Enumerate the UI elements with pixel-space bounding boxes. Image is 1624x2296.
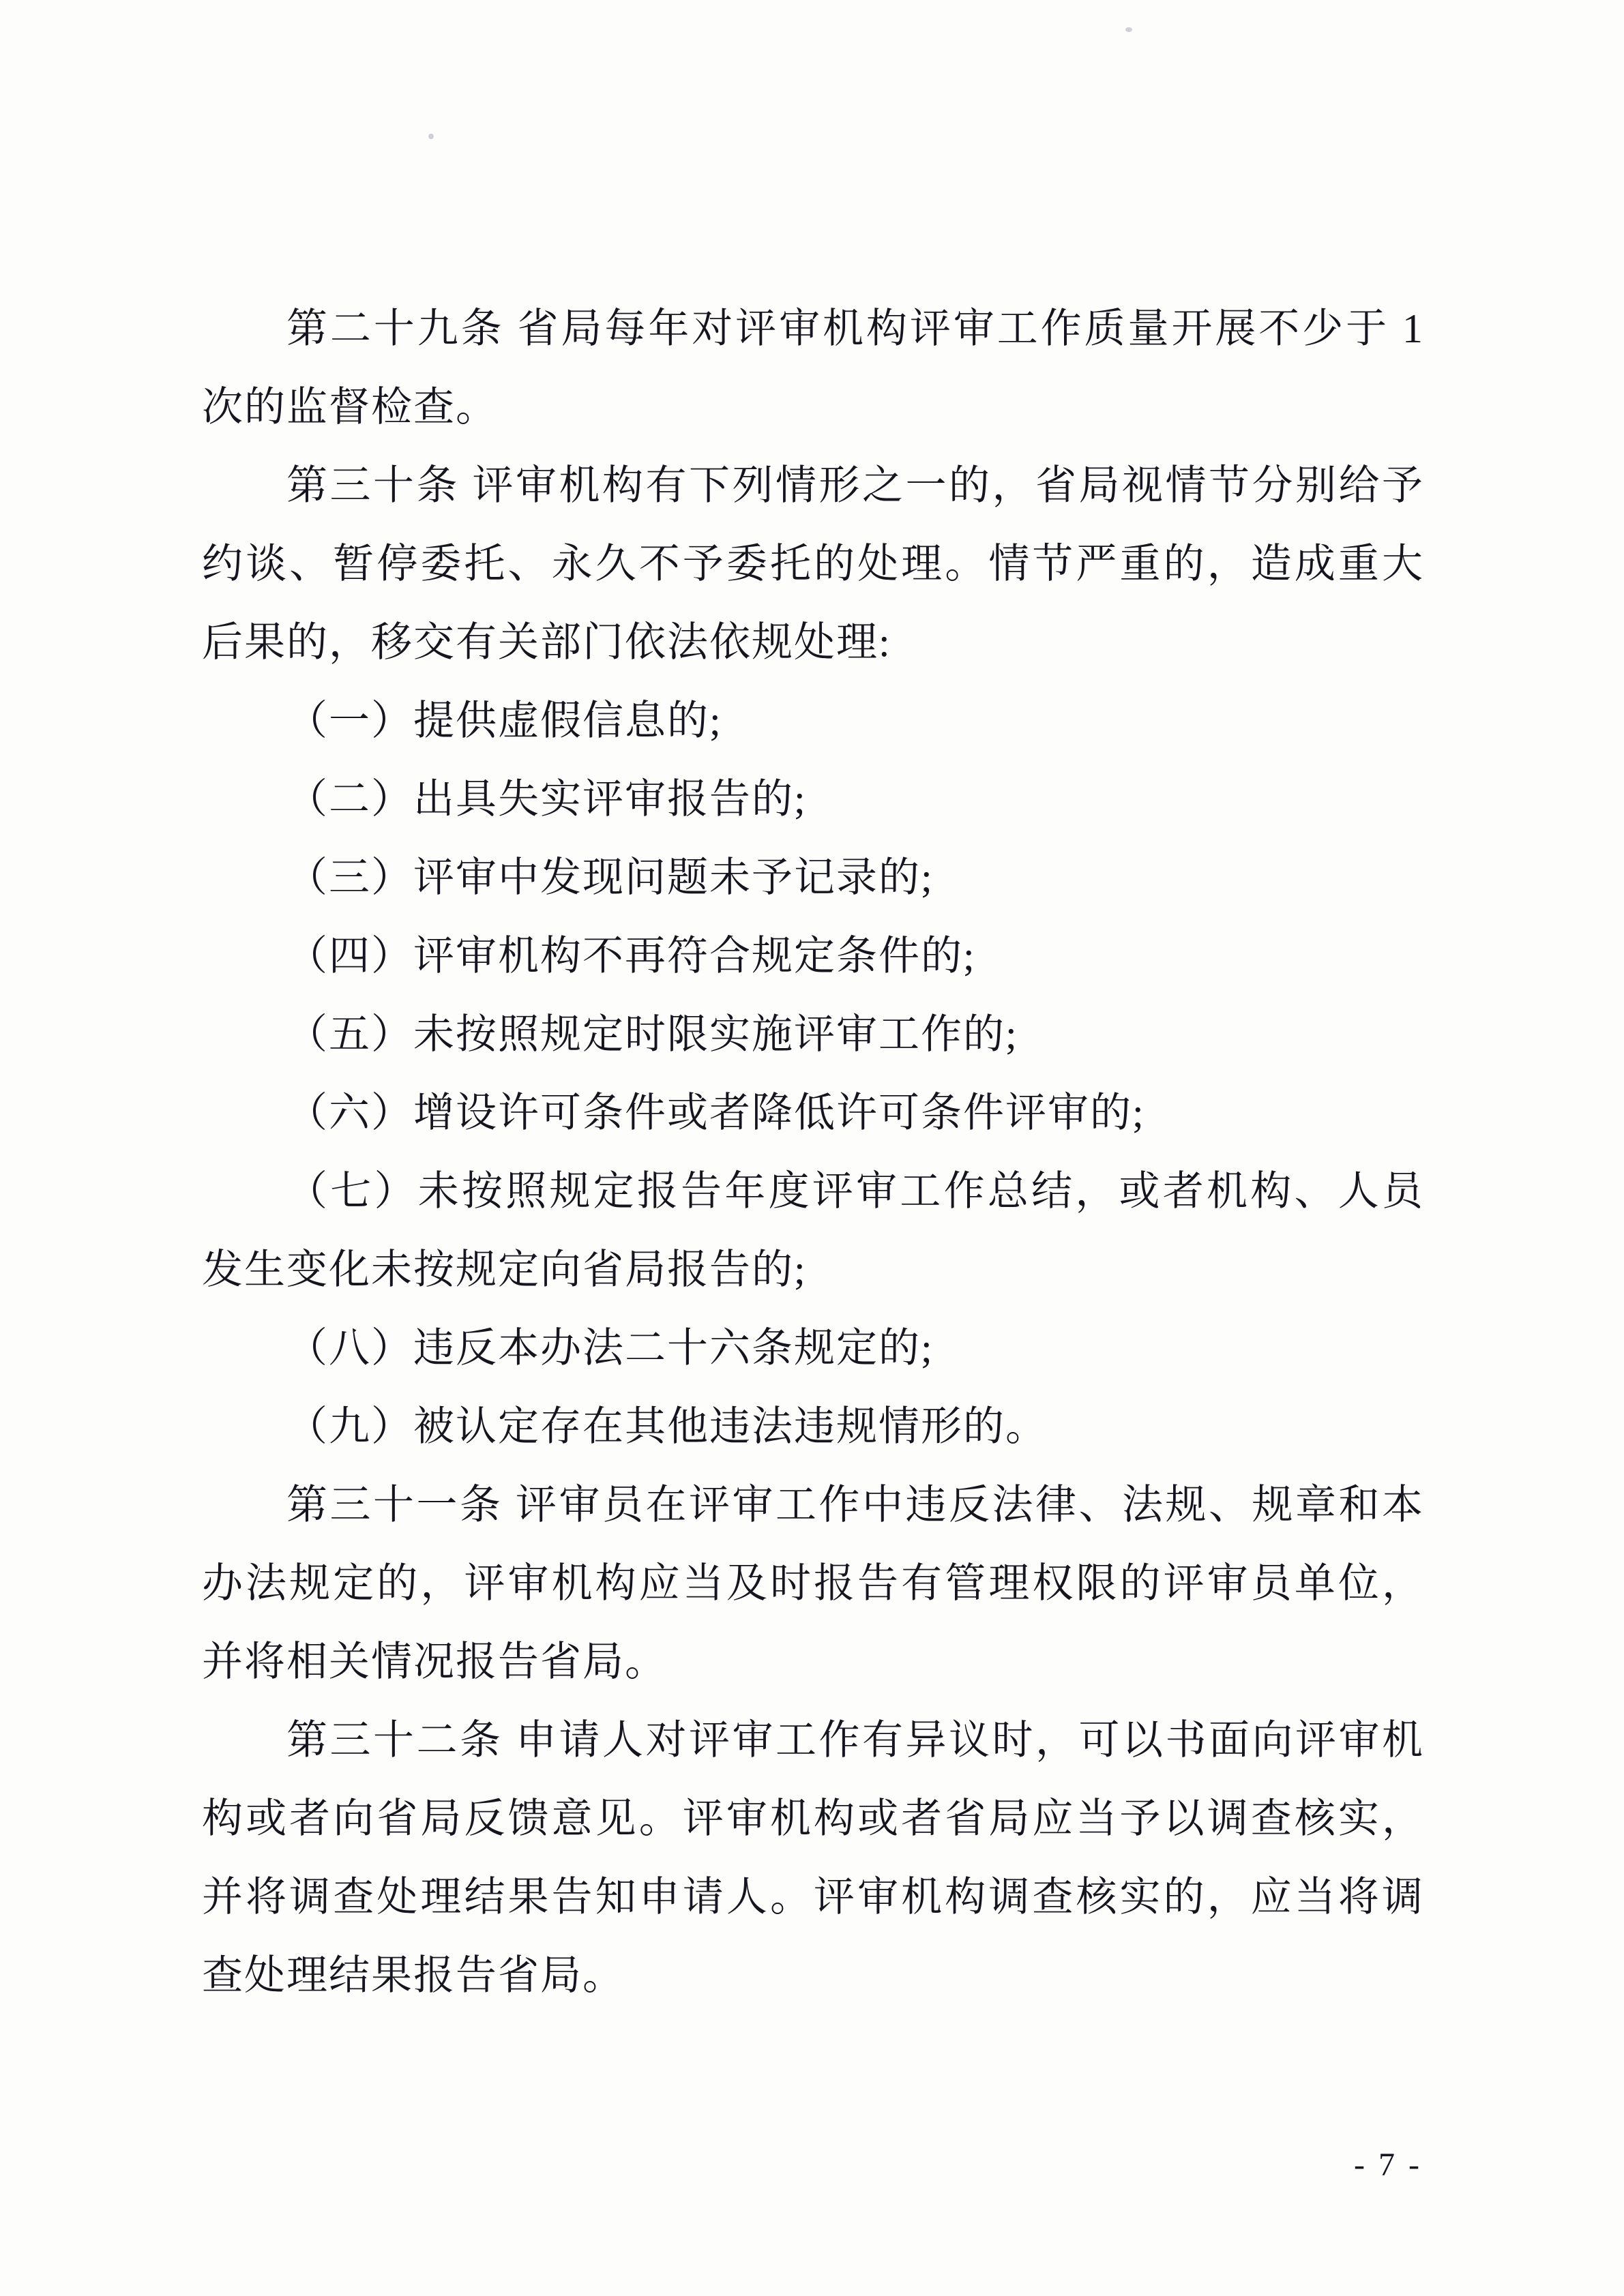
text-line: 第三十二条 申请人对评审工作有异议时，可以书面向评审机 (202, 1701, 1424, 1780)
scan-artifact (428, 134, 434, 139)
text-line: （八）违反本办法二十六条规定的; (202, 1309, 1424, 1388)
text-line: （五）未按照规定时限实施评审工作的; (202, 996, 1424, 1074)
text-line: （九）被认定存在其他违法违规情形的。 (202, 1388, 1424, 1466)
text-line: （三）评审中发现问题未予记录的; (202, 839, 1424, 917)
text-line: 后果的，移交有关部门依法依规处理: (202, 603, 1424, 682)
text-line: （四）评审机构不再符合规定条件的; (202, 917, 1424, 996)
text-line: 查处理结果报告省局。 (202, 1937, 1424, 2015)
page-number: - 7 - (1354, 2141, 1422, 2189)
text-line: 第三十条 评审机构有下列情形之一的，省局视情节分别给予 (202, 447, 1424, 525)
text-line: 次的监督检查。 (202, 368, 1424, 447)
text-line: 构或者向省局反馈意见。评审机构或者省局应当予以调查核实， (202, 1780, 1424, 1858)
text-line: 并将相关情况报告省局。 (202, 1623, 1424, 1701)
text-line: 并将调查处理结果告知申请人。评审机构调查核实的，应当将调 (202, 1858, 1424, 1937)
text-line: 第三十一条 评审员在评审工作中违反法律、法规、规章和本 (202, 1466, 1424, 1545)
text-line: 办法规定的，评审机构应当及时报告有管理权限的评审员单位， (202, 1545, 1424, 1623)
document-page: 第二十九条 省局每年对评审机构评审工作质量开展不少于 1次的监督检查。第三十条 … (0, 0, 1624, 2296)
text-line: 发生变化未按规定向省局报告的; (202, 1231, 1424, 1309)
document-body: 第二十九条 省局每年对评审机构评审工作质量开展不少于 1次的监督检查。第三十条 … (202, 290, 1424, 2015)
text-line: 第二十九条 省局每年对评审机构评审工作质量开展不少于 1 (202, 290, 1424, 368)
text-line: （七）未按照规定报告年度评审工作总结，或者机构、人员 (202, 1152, 1424, 1231)
scan-artifact (1125, 27, 1132, 32)
text-line: （二）出具失实评审报告的; (202, 760, 1424, 839)
text-line: 约谈、暂停委托、永久不予委托的处理。情节严重的，造成重大 (202, 525, 1424, 603)
text-line: （六）增设许可条件或者降低许可条件评审的; (202, 1074, 1424, 1152)
text-line: （一）提供虚假信息的; (202, 682, 1424, 760)
